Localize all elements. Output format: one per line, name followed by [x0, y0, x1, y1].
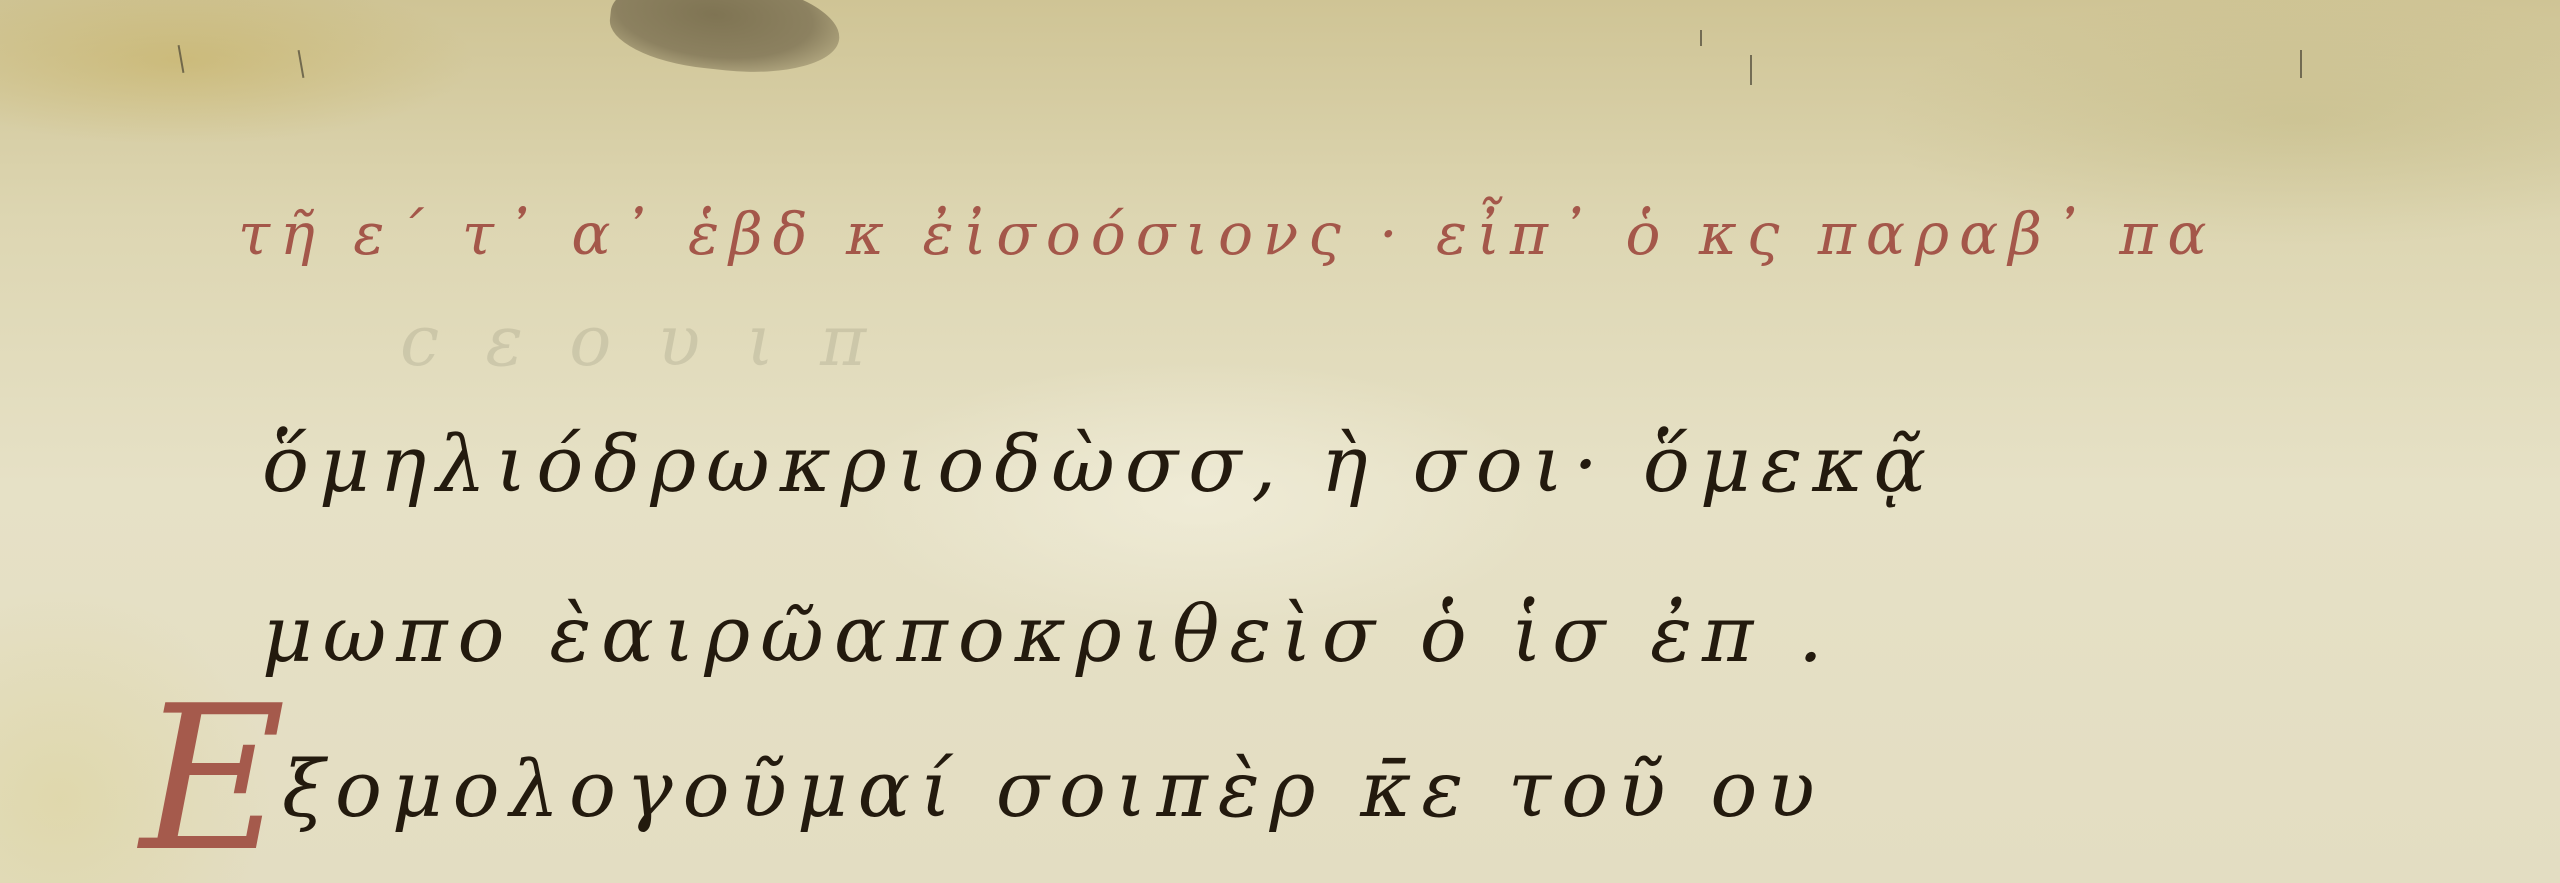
text-line-3: ξομολογοῦμαί σοιπὲρ κ̄ε τοῦ ου	[282, 745, 1825, 835]
decorated-initial: Ε	[140, 680, 286, 880]
speck	[178, 45, 185, 73]
speck	[1750, 55, 1752, 85]
rubric-heading: τῆ ε΄ τ᾽ α᾽ ἑβδ κ ἐἰσοόσιονς · εἶπ᾽ ὁ κς…	[238, 200, 2238, 268]
speck	[298, 50, 305, 78]
speck	[1700, 30, 1702, 46]
text-line-2: μωπο ὲαιρῶαποκριθεὶσ ὁ ἱσ ἐπ .	[262, 590, 1833, 680]
speck	[2300, 50, 2302, 78]
show-through-text: ϲ ε ο υ ι π	[400, 300, 878, 382]
ink-stain	[606, 0, 844, 82]
parchment-page: ϲ ε ο υ ι π τῆ ε΄ τ᾽ α᾽ ἑβδ κ ἐἰσοόσιονς…	[0, 0, 2560, 883]
text-line-1: ὅμηλιόδρωκριοδὼσσ, ὴ σοι· ὅμεκᾷ	[262, 420, 1936, 510]
